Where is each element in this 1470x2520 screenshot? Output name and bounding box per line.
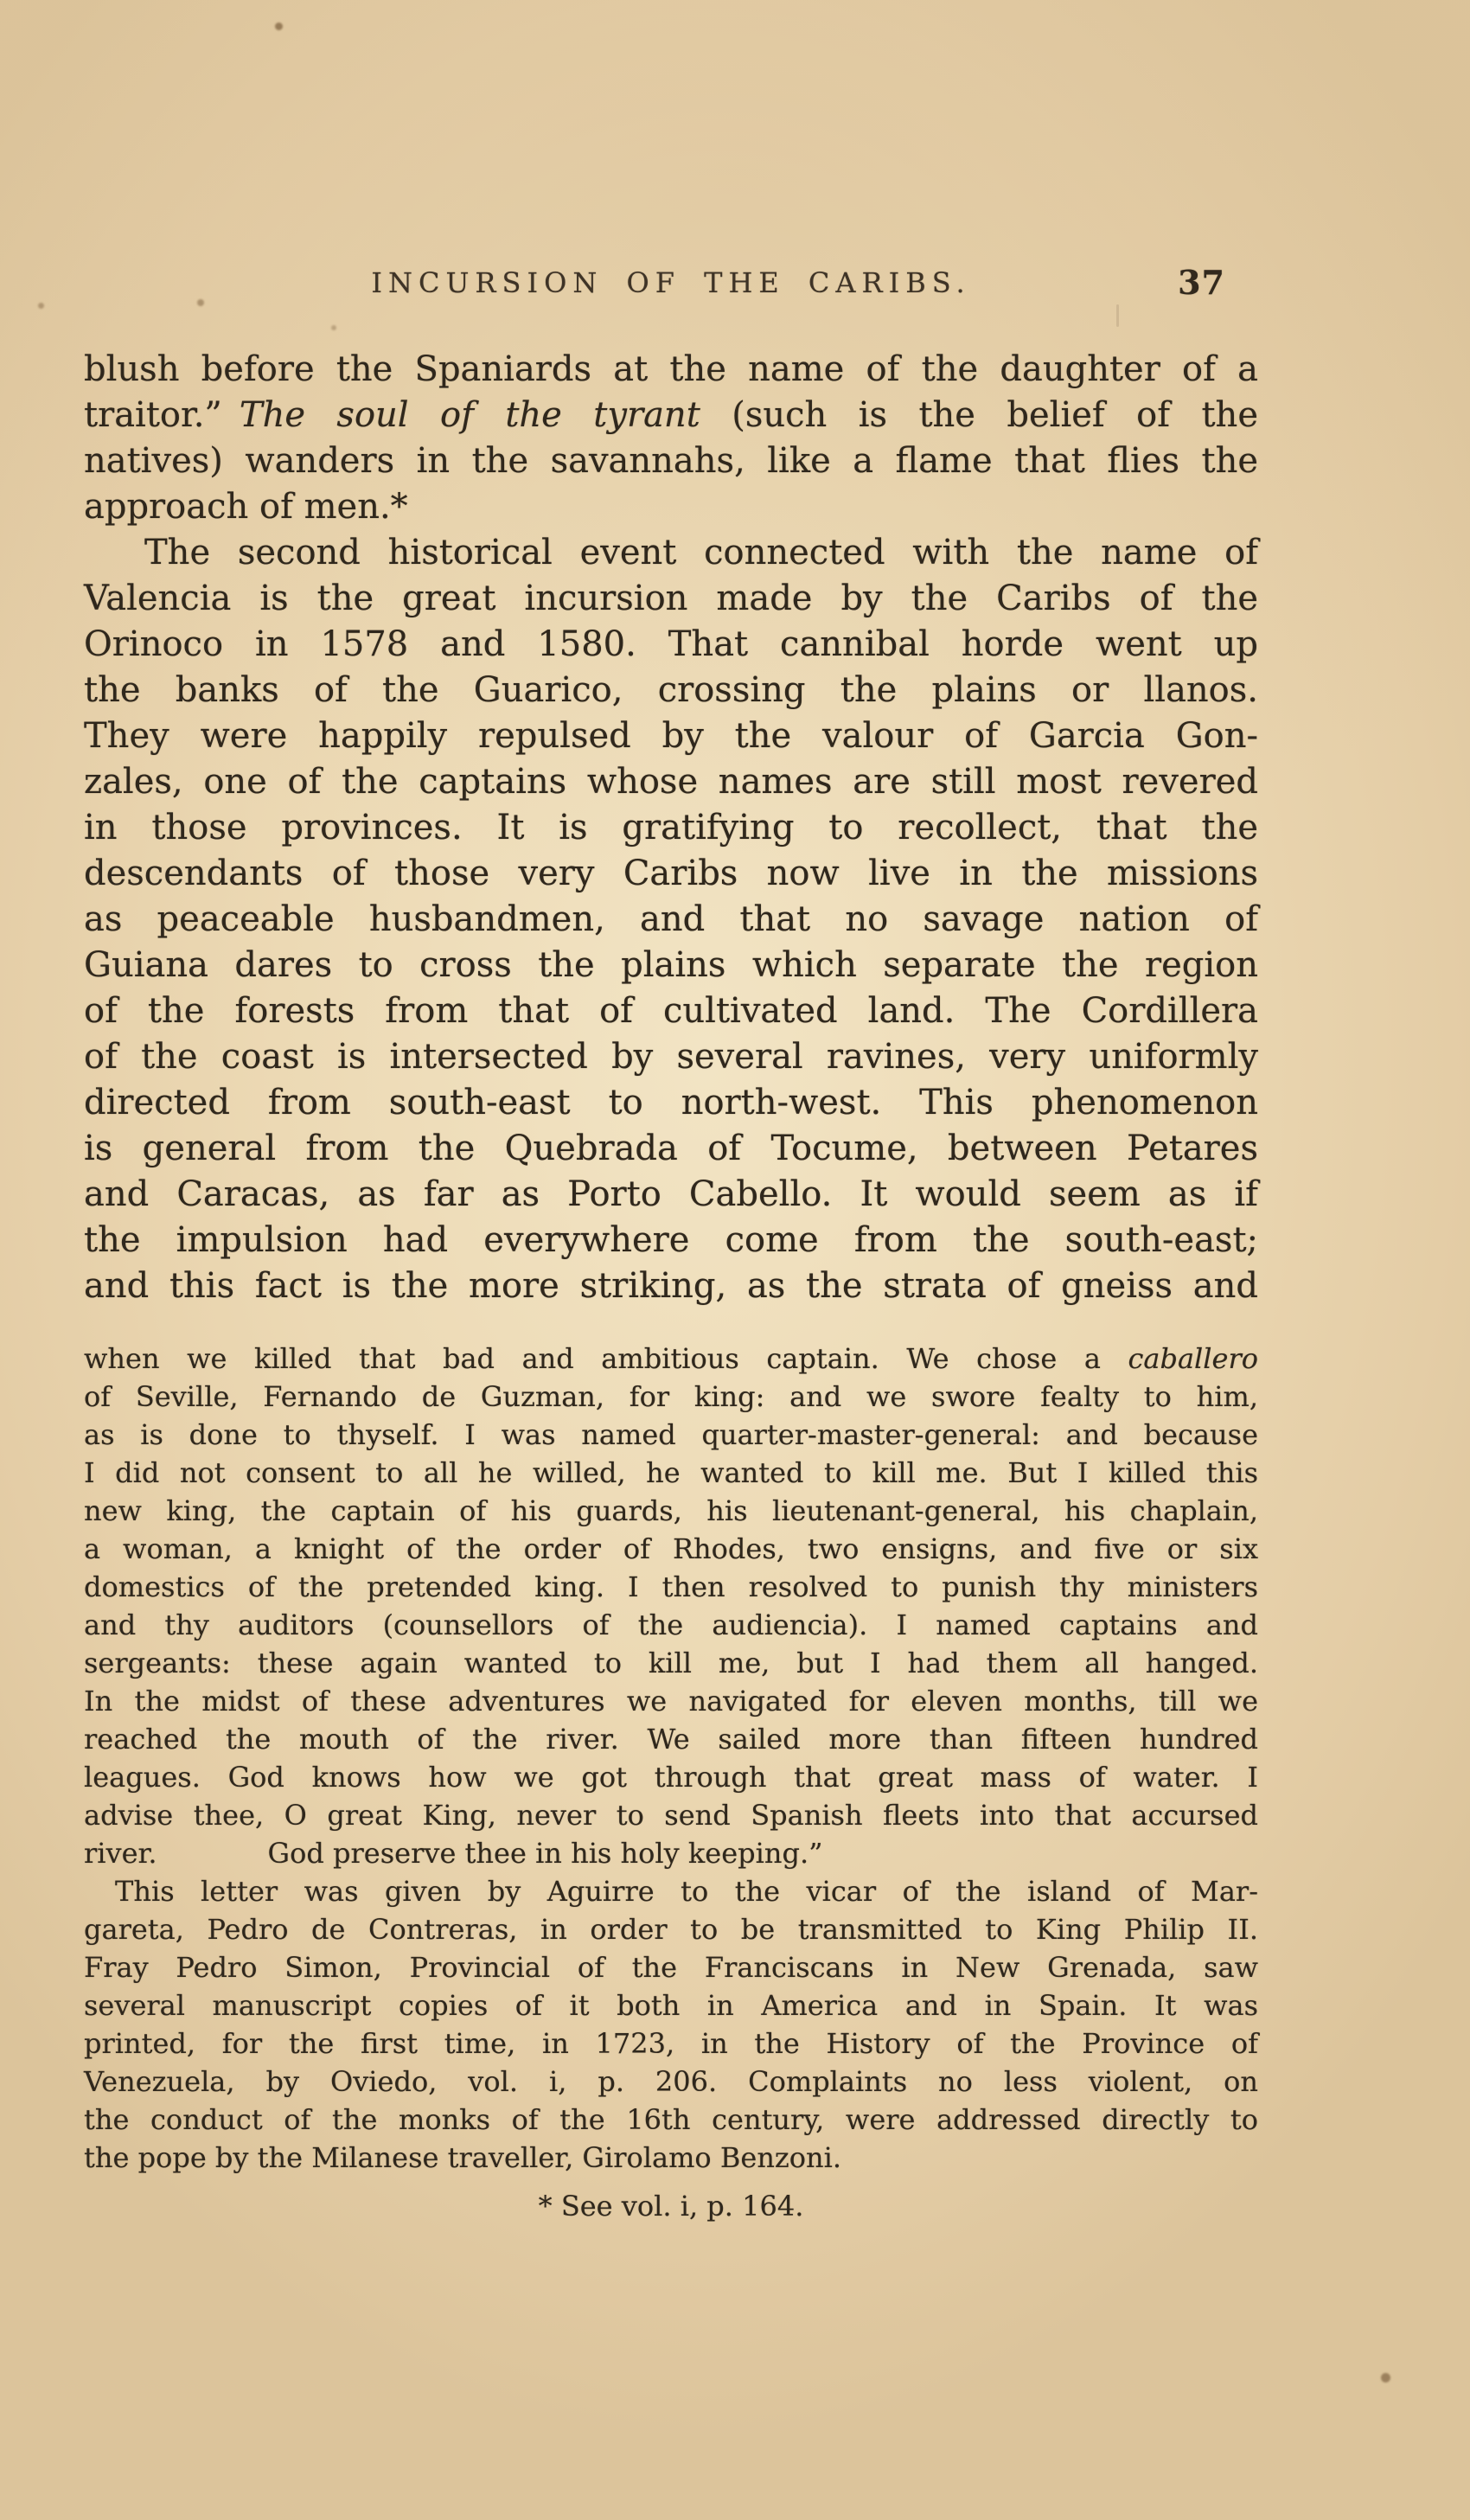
text-line: of the coast is intersected by several r… <box>84 1034 1258 1080</box>
text-line: is general from the Quebrada of Tocume, … <box>84 1126 1258 1172</box>
main-paragraph-1: blush before the Spaniards at the name o… <box>84 347 1258 530</box>
text-line: river. God preserve thee in his holy kee… <box>84 1834 1258 1872</box>
text-line: in those provinces. It is gratifying to … <box>84 805 1258 851</box>
text-line: Guiana dares to cross the plains which s… <box>84 943 1258 988</box>
text-line: when we killed that bad and ambitious ca… <box>84 1340 1258 1378</box>
text-line: and Caracas, as far as Porto Cabello. It… <box>84 1172 1258 1218</box>
text-line: of the forests from that of cultivated l… <box>84 988 1258 1034</box>
text-line: and thy auditors (counsellors of the aud… <box>84 1606 1258 1644</box>
paper-scratch <box>1116 304 1119 327</box>
text-line: directed from south-east to north-west. … <box>84 1080 1258 1126</box>
text-line: a woman, a knight of the order of Rhodes… <box>84 1530 1258 1568</box>
page-content: INCURSION OF THE CARIBS. 37 blush before… <box>84 0 1258 2520</box>
footnote-reference: * See vol. i, p. 164. <box>84 2187 1258 2225</box>
footnote-paragraph-2: This letter was given by Aguirre to the … <box>84 1872 1258 2177</box>
paper-speck <box>1381 2373 1390 2382</box>
text-line: Venezuela, by Oviedo, vol. i, p. 206. Co… <box>84 2063 1258 2101</box>
text-line: descendants of those very Caribs now liv… <box>84 851 1258 897</box>
text-line: Valencia is the great incursion made by … <box>84 576 1258 622</box>
text-line: leagues. God knows how we got through th… <box>84 1758 1258 1796</box>
text-line: gareta, Pedro de Contreras, in order to … <box>84 1910 1258 1948</box>
text-line: advise thee, O great King, never to send… <box>84 1796 1258 1834</box>
running-head-title: INCURSION OF THE CARIBS. <box>371 266 970 299</box>
text-line: as is done to thyself. I was named quart… <box>84 1416 1258 1454</box>
text-line: printed, for the first time, in 1723, in… <box>84 2024 1258 2063</box>
main-paragraph-2: The second historical event connected wi… <box>84 530 1258 1309</box>
text-line: They were happily repulsed by the valour… <box>84 713 1258 759</box>
text-line: approach of men.* <box>84 484 1258 530</box>
text-line: the banks of the Guarico, crossing the p… <box>84 668 1258 713</box>
text-line: natives) wanders in the savannahs, like … <box>84 438 1258 484</box>
text-line: as peaceable husbandmen, and that no sav… <box>84 897 1258 943</box>
text-line: Fray Pedro Simon, Provincial of the Fran… <box>84 1948 1258 1986</box>
text-line: traitor.” The soul of the tyrant (such i… <box>84 393 1258 438</box>
text-line: domestics of the pretended king. I then … <box>84 1568 1258 1606</box>
paper-speck <box>197 299 204 306</box>
text-line: the pope by the Milanese traveller, Giro… <box>84 2139 1258 2177</box>
text-line: This letter was given by Aguirre to the … <box>84 1872 1258 1910</box>
page-number: 37 <box>1178 263 1225 302</box>
text-line: reached the mouth of the river. We saile… <box>84 1720 1258 1758</box>
text-line: of Seville, Fernando de Guzman, for king… <box>84 1378 1258 1416</box>
footnote-paragraph-1: when we killed that bad and ambitious ca… <box>84 1340 1258 1872</box>
text-line: blush before the Spaniards at the name o… <box>84 347 1258 393</box>
book-page: INCURSION OF THE CARIBS. 37 blush before… <box>0 0 1470 2520</box>
main-text-block: blush before the Spaniards at the name o… <box>84 347 1258 1309</box>
text-line: the conduct of the monks of the 16th cen… <box>84 2101 1258 2139</box>
text-line: zales, one of the captains whose names a… <box>84 759 1258 805</box>
text-line: the impulsion had everywhere come from t… <box>84 1218 1258 1263</box>
footnote-block: when we killed that bad and ambitious ca… <box>84 1340 1258 2225</box>
text-line: Orinoco in 1578 and 1580. That cannibal … <box>84 622 1258 668</box>
paper-speck <box>38 303 44 309</box>
running-head: INCURSION OF THE CARIBS. 37 <box>84 266 1258 308</box>
text-line: new king, the captain of his guards, his… <box>84 1492 1258 1530</box>
text-line: I did not consent to all he willed, he w… <box>84 1454 1258 1492</box>
text-line: several manuscript copies of it both in … <box>84 1986 1258 2024</box>
text-line: sergeants: these again wanted to kill me… <box>84 1644 1258 1682</box>
text-line: In the midst of these adventures we navi… <box>84 1682 1258 1720</box>
paper-speck <box>331 325 336 330</box>
paper-speck <box>275 22 283 30</box>
text-line: and this fact is the more striking, as t… <box>84 1263 1258 1309</box>
text-line: The second historical event connected wi… <box>84 530 1258 576</box>
